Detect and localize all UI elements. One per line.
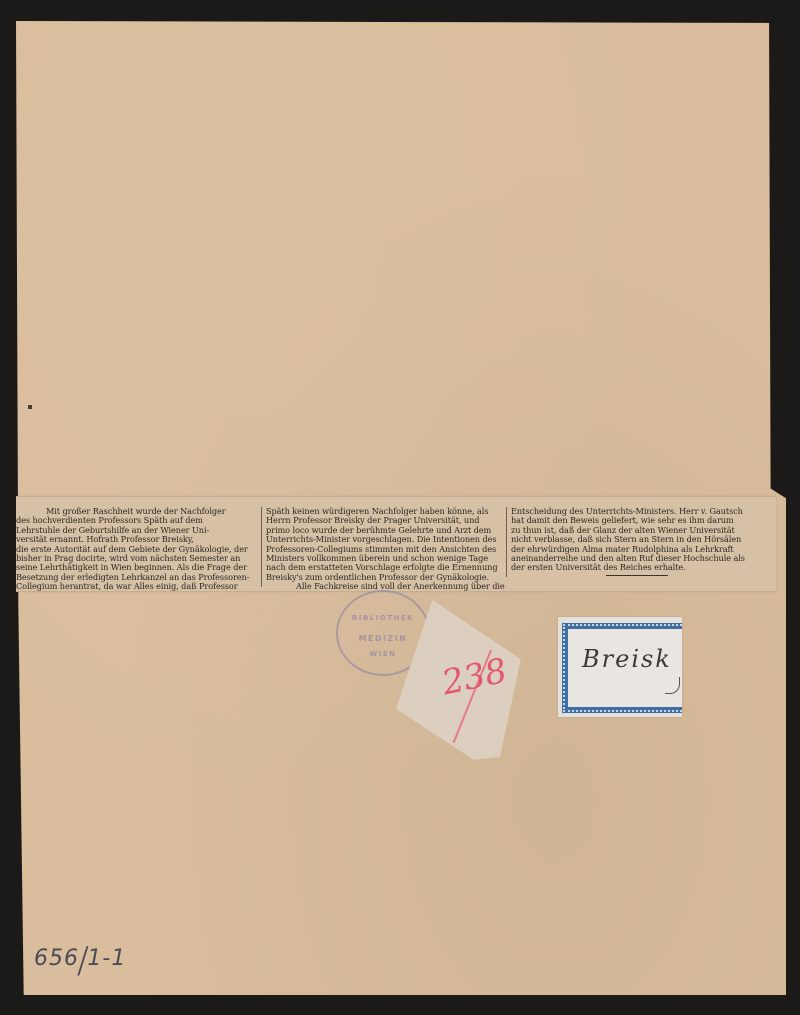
- clipping-column-2: Späth keinen würdigeren Nachfolger haben…: [261, 507, 506, 587]
- clipping-line: der ersten Universität des Reiches erhal…: [511, 563, 751, 572]
- clipping-column-3: Entscheidung des Unterrichts-Ministers. …: [506, 507, 751, 577]
- paper-speck: [28, 405, 32, 409]
- end-rule: [606, 575, 668, 576]
- label-handwritten-name: Breisk: [582, 645, 672, 673]
- shelf-mark-suffix: 1-1: [87, 946, 126, 971]
- shelf-mark-number: 656: [34, 946, 79, 971]
- stamp-line-1: BIBLIOTHEK: [338, 614, 428, 622]
- stamp-line-2: MEDIZIN: [338, 634, 428, 643]
- shelf-mark-slash: /: [79, 942, 87, 982]
- shelf-mark: 656/1-1: [34, 946, 126, 971]
- clipping-column-1: Mit großer Raschheit wurde der Nachfolge…: [16, 507, 256, 592]
- clipping-line: Collegium herantrat, da war Alles einig,…: [16, 582, 256, 591]
- newspaper-clipping: Mit großer Raschheit wurde der Nachfolge…: [16, 496, 776, 592]
- name-label: Breisk: [558, 617, 682, 717]
